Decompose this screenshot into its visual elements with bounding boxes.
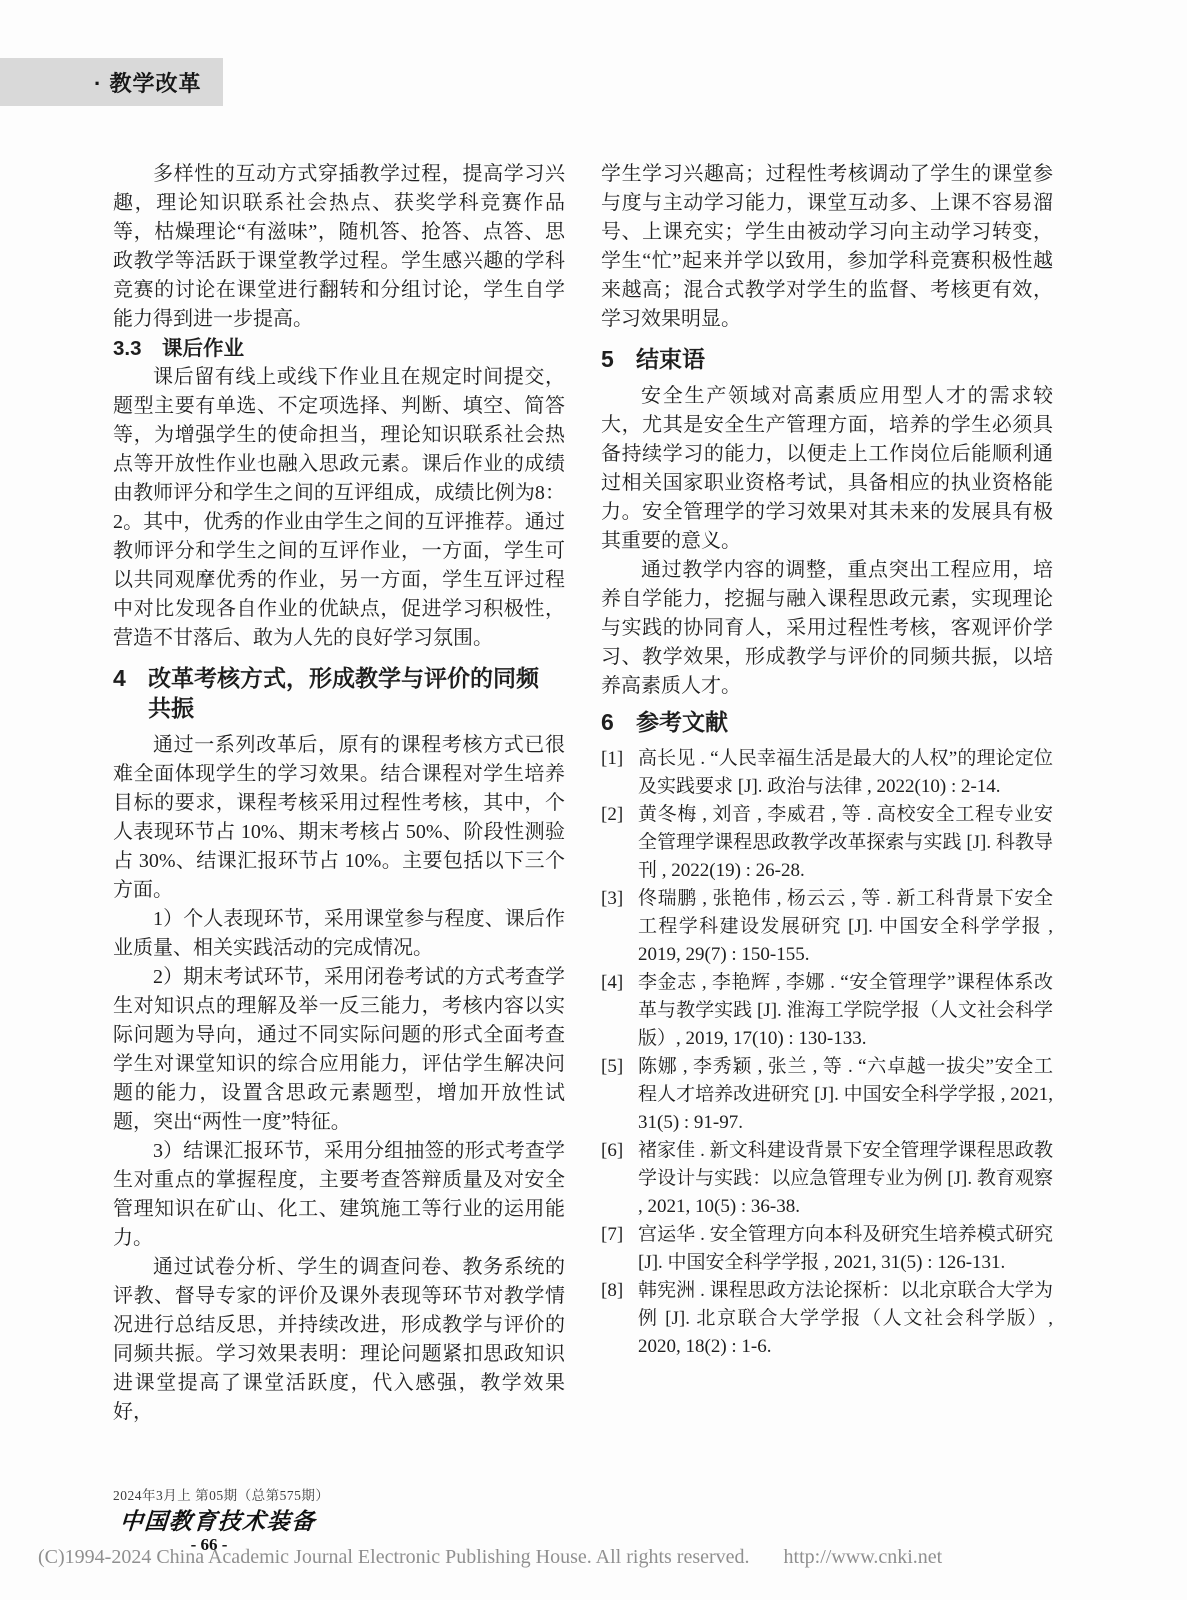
reference-item: [3] 佟瑞鹏 , 张艳伟 , 杨云云 , 等 . 新工科背景下安全工程学科建设… — [601, 885, 1053, 969]
section-6-number: 6 — [601, 707, 636, 737]
category-banner: · 教学改革 — [0, 58, 223, 106]
section-4-item-3: 3）结课汇报环节，采用分组抽签的形式考查学生对重点的掌握程度，主要考查答辩质量及… — [113, 1137, 565, 1253]
continued-paragraph: 学生学习兴趣高；过程性考核调动了学生的课堂参与度与主动学习能力，课堂互动多、上课… — [601, 160, 1053, 334]
section-3-3-heading: 3.3 课后作业 — [113, 334, 565, 363]
left-column: 多样性的互动方式穿插教学过程，提高学习兴趣，理论知识联系社会热点、获奖学科竞赛作… — [113, 160, 565, 1427]
copyright-text: (C)1994-2024 China Academic Journal Elec… — [38, 1546, 750, 1568]
section-5-paragraph-1: 安全生产领域对高素质应用型人才的需求较大，尤其是安全生产管理方面，培养的学生必须… — [601, 382, 1053, 556]
section-3-3-title: 课后作业 — [162, 334, 244, 363]
reference-item: [2] 黄冬梅 , 刘音 , 李威君 , 等 . 高校安全工程专业安全管理学课程… — [601, 801, 1053, 885]
reference-item: [6] 褚家佳 . 新文科建设背景下安全管理学课程思政教学设计与实践：以应急管理… — [601, 1137, 1053, 1221]
reference-marker: [3] — [601, 885, 638, 969]
copyright-line: (C)1994-2024 China Academic Journal Elec… — [38, 1546, 942, 1569]
section-3-3-paragraph: 课后留有线上或线下作业且在规定时间提交，题型主要有单选、不定项选择、判断、填空、… — [113, 363, 565, 653]
section-5-number: 5 — [601, 344, 636, 374]
reference-text: 韩宪洲 . 课程思政方法论探析：以北京联合大学为例 [J]. 北京联合大学学报（… — [638, 1277, 1053, 1361]
reference-marker: [4] — [601, 969, 638, 1053]
reference-marker: [2] — [601, 801, 638, 885]
section-5-title: 结束语 — [636, 344, 705, 374]
reference-text: 宫运华 . 安全管理方向本科及研究生培养模式研究 [J]. 中国安全科学学报 ,… — [638, 1221, 1053, 1277]
reference-text: 佟瑞鹏 , 张艳伟 , 杨云云 , 等 . 新工科背景下安全工程学科建设发展研究… — [638, 885, 1053, 969]
section-4-item-1: 1）个人表现环节，采用课堂参与程度、课后作业质量、相关实践活动的完成情况。 — [113, 905, 565, 963]
section-4-title: 改革考核方式，形成教学与评价的同频共振 — [148, 663, 552, 723]
category-label: · 教学改革 — [94, 67, 201, 98]
reference-item: [1] 高长见 . “人民幸福生活是最大的人权”的理论定位及实践要求 [J]. … — [601, 745, 1053, 801]
section-6-title: 参考文献 — [636, 707, 728, 737]
section-4-item-2: 2）期末考试环节，采用闭卷考试的方式考查学生对知识点的理解及举一反三能力，考核内… — [113, 963, 565, 1137]
section-5-paragraph-2: 通过教学内容的调整，重点突出工程应用，培养自学能力，挖掘与融入课程思政元素，实现… — [601, 556, 1053, 701]
journal-name-logo: 中国教育技术装备 — [119, 1503, 317, 1536]
reference-text: 黄冬梅 , 刘音 , 李威君 , 等 . 高校安全工程专业安全管理学课程思政教学… — [638, 801, 1053, 885]
intro-paragraph: 多样性的互动方式穿插教学过程，提高学习兴趣，理论知识联系社会热点、获奖学科竞赛作… — [113, 160, 565, 334]
reference-item: [8] 韩宪洲 . 课程思政方法论探析：以北京联合大学为例 [J]. 北京联合大… — [601, 1277, 1053, 1361]
reference-marker: [5] — [601, 1053, 638, 1137]
reference-item: [5] 陈娜 , 李秀颖 , 张兰 , 等 . “六卓越一拔尖”安全工程人才培养… — [601, 1053, 1053, 1137]
issue-info: 2024年3月上 第05期（总第575期） — [113, 1484, 329, 1504]
reference-text: 高长见 . “人民幸福生活是最大的人权”的理论定位及实践要求 [J]. 政治与法… — [638, 745, 1053, 801]
section-4-closing-paragraph: 通过试卷分析、学生的调查问卷、教务系统的评教、督导专家的评价及课外表现等环节对教… — [113, 1253, 565, 1427]
reference-marker: [8] — [601, 1277, 638, 1361]
section-6-heading: 6 参考文献 — [601, 707, 1053, 737]
section-4-number: 4 — [113, 663, 148, 723]
reference-marker: [1] — [601, 745, 638, 801]
section-4-heading: 4 改革考核方式，形成教学与评价的同频共振 — [113, 663, 565, 723]
reference-text: 陈娜 , 李秀颖 , 张兰 , 等 . “六卓越一拔尖”安全工程人才培养改进研究… — [638, 1053, 1053, 1137]
section-3-3-number: 3.3 — [113, 334, 162, 363]
page-number: - 66 - — [178, 1535, 240, 1555]
section-4-paragraph: 通过一系列改革后，原有的课程考核方式已很难全面体现学生的学习效果。结合课程对学生… — [113, 731, 565, 905]
reference-item: [4] 李金志 , 李艳辉 , 李娜 . “安全管理学”课程体系改革与教学实践 … — [601, 969, 1053, 1053]
reference-text: 褚家佳 . 新文科建设背景下安全管理学课程思政教学设计与实践：以应急管理专业为例… — [638, 1137, 1053, 1221]
reference-list: [1] 高长见 . “人民幸福生活是最大的人权”的理论定位及实践要求 [J]. … — [601, 745, 1053, 1361]
reference-text: 李金志 , 李艳辉 , 李娜 . “安全管理学”课程体系改革与教学实践 [J].… — [638, 969, 1053, 1053]
cnki-url: http://www.cnki.net — [784, 1546, 943, 1568]
reference-marker: [6] — [601, 1137, 638, 1221]
section-5-heading: 5 结束语 — [601, 344, 1053, 374]
right-column: 学生学习兴趣高；过程性考核调动了学生的课堂参与度与主动学习能力，课堂互动多、上课… — [601, 160, 1053, 1361]
journal-page: · 教学改革 多样性的互动方式穿插教学过程，提高学习兴趣，理论知识联系社会热点、… — [0, 0, 1187, 1600]
reference-item: [7] 宫运华 . 安全管理方向本科及研究生培养模式研究 [J]. 中国安全科学… — [601, 1221, 1053, 1277]
reference-marker: [7] — [601, 1221, 638, 1277]
